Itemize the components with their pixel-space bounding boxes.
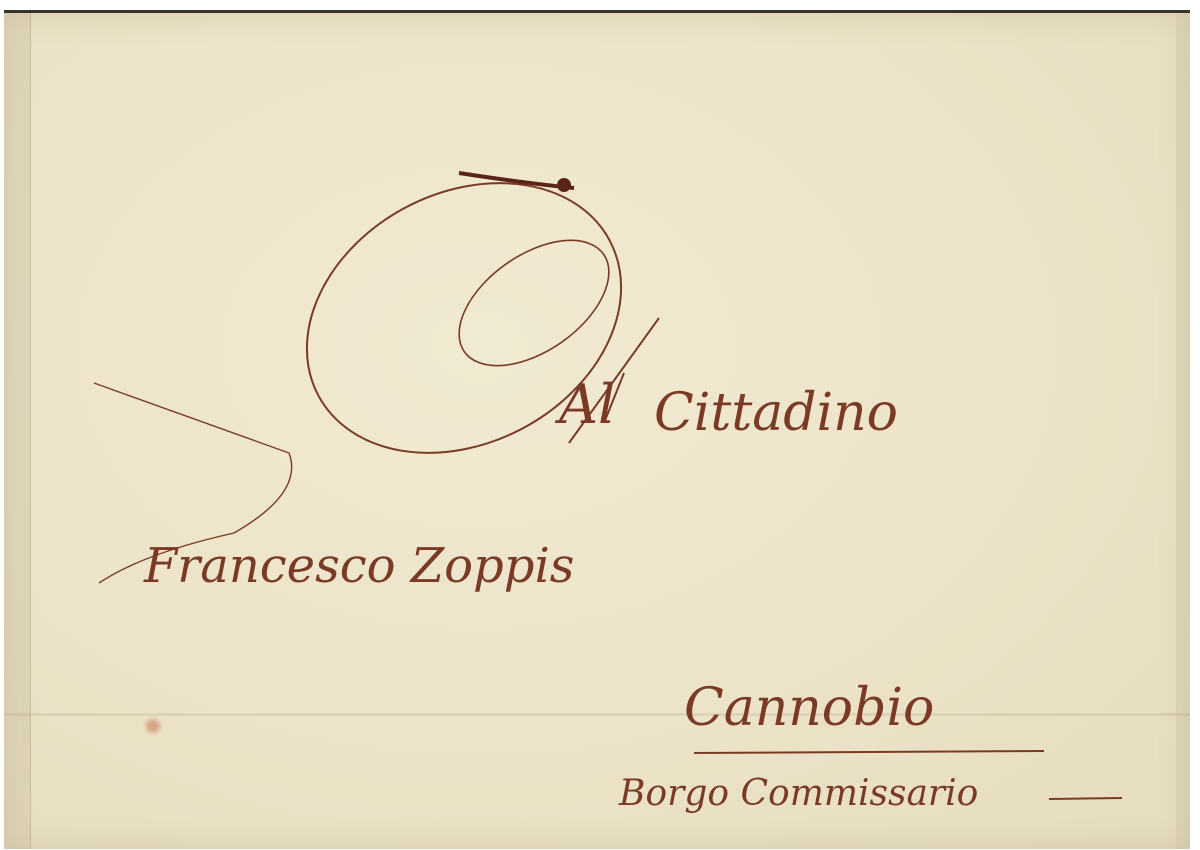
town-text: Cannobio [684, 678, 934, 738]
letter-cover: Al Cittadino Francesco Zoppis Cannobio B… [4, 10, 1190, 849]
recipient-name: Francesco Zoppis [144, 538, 574, 594]
routing-text: Borgo Commissario [619, 773, 978, 814]
salutation-text: Al [559, 373, 615, 436]
title-text: Cittadino [654, 383, 898, 443]
